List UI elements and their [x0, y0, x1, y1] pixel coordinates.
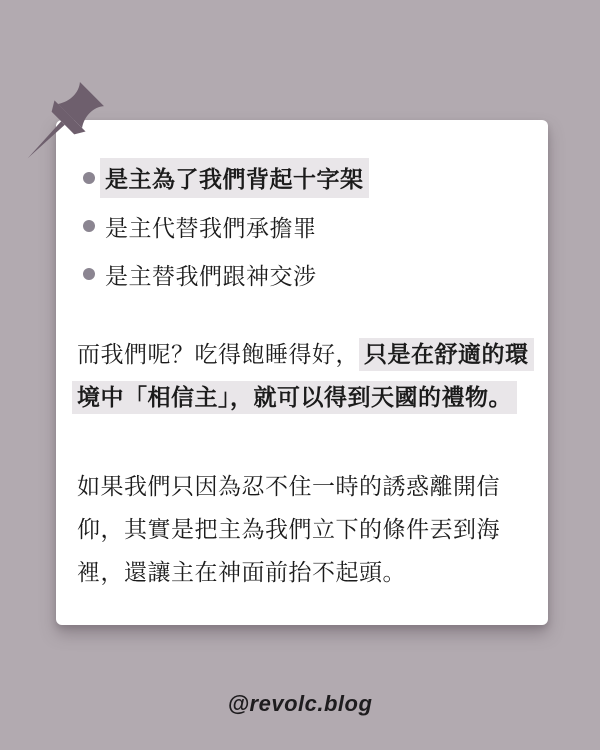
post-background: 是主為了我們背起十字架 是主代替我們承擔罪 是主替我們跟神交涉 而我們呢？吃得飽…: [0, 0, 600, 750]
text-line: 而我們呢？吃得飽睡得好，只是在舒適的環: [77, 333, 527, 376]
highlighted-text-segment: 境中「相信主」，就可以得到天國的禮物。: [72, 381, 517, 414]
text-line: 裡，還讓主在神面前抬不起頭。: [77, 551, 527, 594]
bullet-dot-icon: [83, 220, 95, 232]
highlighted-text-segment: 只是在舒適的環: [359, 338, 534, 371]
text-line: 仰，其實是把主為我們立下的條件丟到海: [77, 508, 527, 551]
paragraph-warning: 如果我們只因為忍不住一時的誘惑離開信 仰，其實是把主為我們立下的條件丟到海 裡，…: [77, 465, 527, 594]
list-item: 是主為了我們背起十字架: [83, 163, 527, 193]
bullet-text: 是主替我們跟神交涉: [105, 258, 317, 291]
text-segment: 裡，還讓主在神面前抬不起頭。: [77, 559, 406, 585]
paragraph-reflection: 而我們呢？吃得飽睡得好，只是在舒適的環 境中「相信主」，就可以得到天國的禮物。: [77, 333, 527, 419]
text-line: 境中「相信主」，就可以得到天國的禮物。: [77, 376, 527, 419]
bullet-text: 是主代替我們承擔罪: [105, 210, 317, 243]
list-item: 是主代替我們承擔罪: [83, 211, 527, 241]
text-segment: 而我們呢？吃得飽睡得好，: [77, 341, 359, 367]
bullet-dot-icon: [83, 268, 95, 280]
text-line: 如果我們只因為忍不住一時的誘惑離開信: [77, 465, 527, 508]
bullet-text: 是主為了我們背起十字架: [100, 158, 369, 198]
text-segment: 如果我們只因為忍不住一時的誘惑離開信: [77, 473, 500, 499]
author-handle: @revolc.blog: [0, 691, 600, 717]
list-item: 是主替我們跟神交涉: [83, 259, 527, 289]
note-card: 是主為了我們背起十字架 是主代替我們承擔罪 是主替我們跟神交涉 而我們呢？吃得飽…: [56, 120, 548, 625]
bullet-list: 是主為了我們背起十字架 是主代替我們承擔罪 是主替我們跟神交涉: [77, 163, 527, 289]
pushpin-icon: [8, 78, 118, 188]
text-segment: 仰，其實是把主為我們立下的條件丟到海: [77, 516, 500, 542]
